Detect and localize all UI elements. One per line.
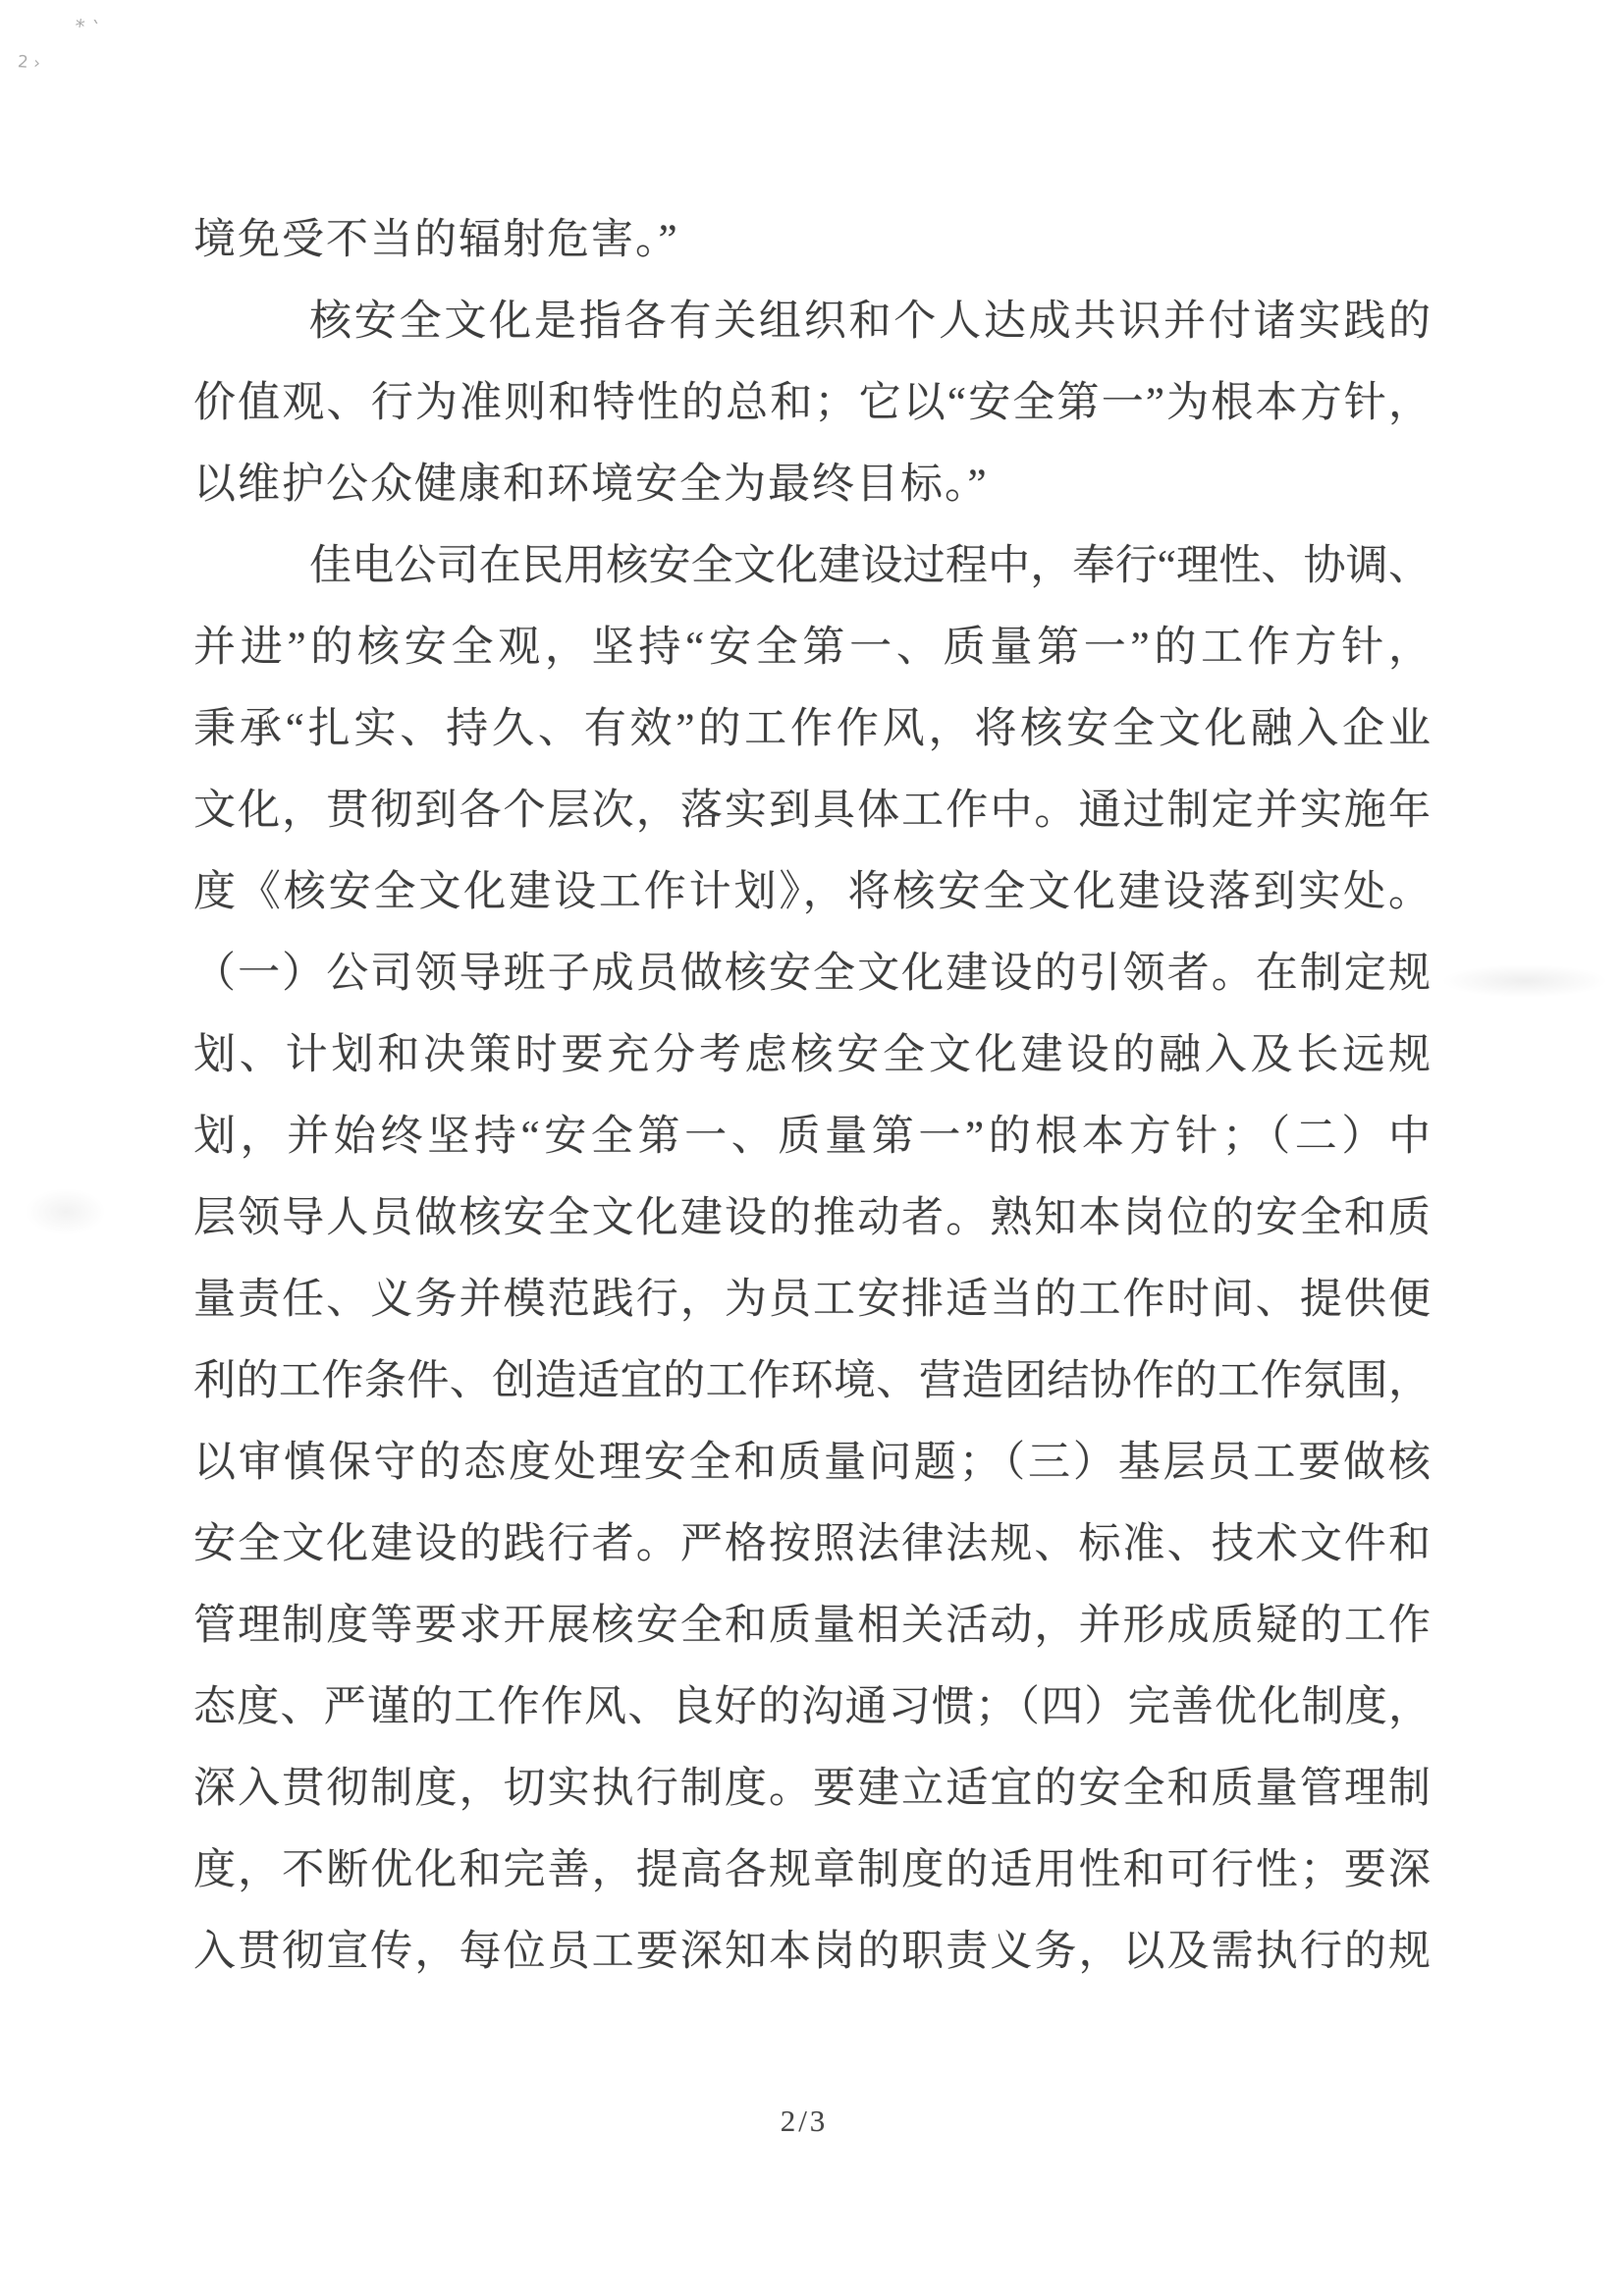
scan-smudge (1441, 964, 1608, 998)
text-line: 度《核安全文化建设工作计划》，将核安全文化建设落到实处。 (193, 851, 1431, 933)
text-line: 以维护公众健康和环境安全为最终目标。” (193, 444, 1431, 525)
text-line: 秉承“扎实、持久、有效”的工作作风，将核安全文化融入企业 (193, 688, 1431, 770)
document-body: 境免受不当的辐射危害。”核安全文化是指各有关组织和个人达成共识并付诸实践的价值观… (193, 199, 1431, 1993)
text-line: 管理制度等要求开展核安全和质量相关活动，并形成质疑的工作 (193, 1585, 1431, 1667)
text-line: 深入贯彻制度，切实执行制度。要建立适宜的安全和质量管理制 (193, 1748, 1431, 1830)
page-number: 2/3 (0, 2104, 1608, 2139)
text-line: 以审慎保守的态度处理安全和质量问题；（三）基层员工要做核 (193, 1422, 1431, 1503)
text-line: 入贯彻宣传，每位员工要深知本岗的职责义务，以及需执行的规 (193, 1911, 1431, 1993)
text-line: 划，并始终坚持“安全第一、质量第一”的根本方针；（二）中 (193, 1096, 1431, 1177)
text-line: 量责任、义务并模范践行，为员工安排适当的工作时间、提供便 (193, 1259, 1431, 1340)
text-line: 层领导人员做核安全文化建设的推动者。熟知本岗位的安全和质 (193, 1177, 1431, 1259)
text-line: 核安全文化是指各有关组织和个人达成共识并付诸实践的 (193, 281, 1431, 362)
text-line: 并进”的核安全观，坚持“安全第一、质量第一”的工作方针， (193, 607, 1431, 688)
text-line: 安全文化建设的践行者。严格按照法律法规、标准、技术文件和 (193, 1503, 1431, 1585)
text-line: 划、计划和决策时要充分考虑核安全文化建设的融入及长远规 (193, 1014, 1431, 1096)
pencil-mark-top: * ˋ (73, 14, 102, 41)
text-line: 度，不断优化和完善，提高各规章制度的适用性和可行性；要深 (193, 1830, 1431, 1911)
pencil-mark-left: 2 › (17, 52, 40, 74)
text-line: 态度、严谨的工作作风、良好的沟通习惯；（四）完善优化制度， (193, 1667, 1431, 1748)
text-line: 境免受不当的辐射危害。” (193, 199, 1431, 281)
text-line: （一）公司领导班子成员做核安全文化建设的引领者。在制定规 (193, 933, 1431, 1014)
text-line: 利的工作条件、创造适宜的工作环境、营造团结协作的工作氛围， (193, 1340, 1431, 1422)
text-line: 文化，贯彻到各个层次，落实到具体工作中。通过制定并实施年 (193, 770, 1431, 851)
scanned-document-page: * ˋ 2 › 境免受不当的辐射危害。”核安全文化是指各有关组织和个人达成共识并… (0, 0, 1622, 2296)
scan-smudge (26, 1188, 106, 1235)
text-line: 价值观、行为准则和特性的总和；它以“安全第一”为根本方针， (193, 362, 1431, 444)
text-line: 佳电公司在民用核安全文化建设过程中，奉行“理性、协调、 (193, 525, 1431, 607)
